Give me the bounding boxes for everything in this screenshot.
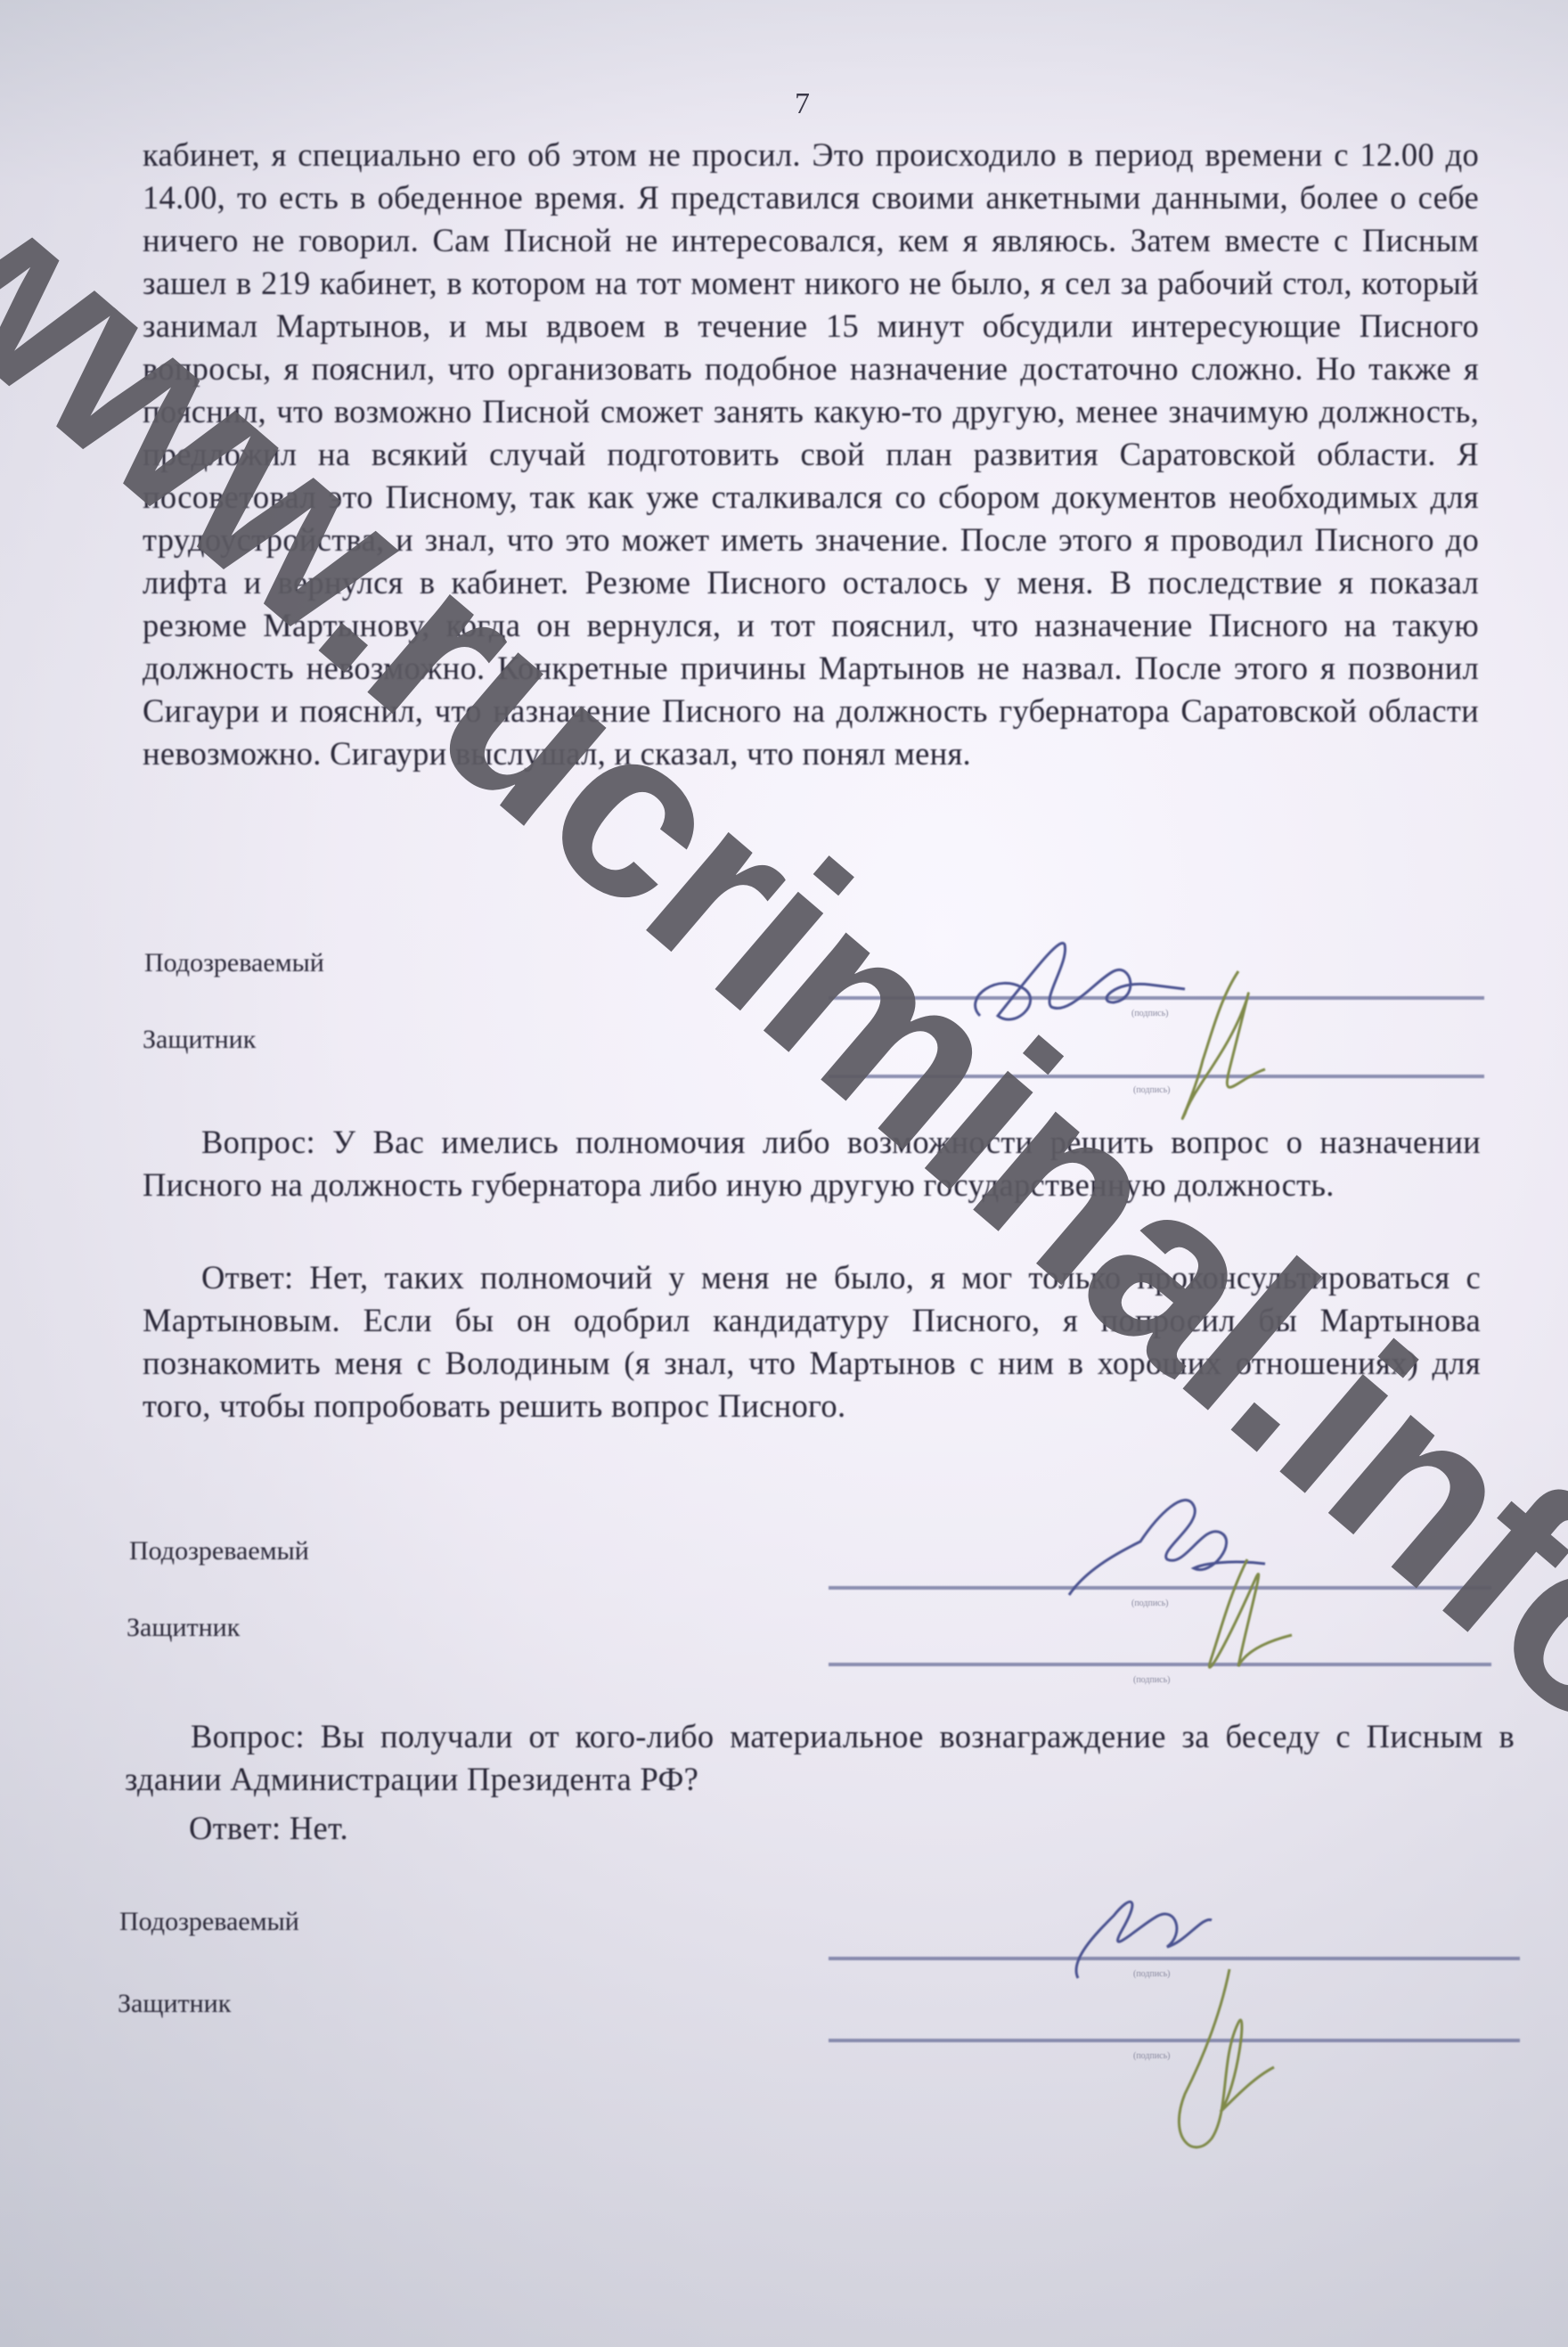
defender-label: Защитник <box>118 1989 231 2019</box>
defender-label: Защитник <box>127 1613 240 1643</box>
document-page: 7 кабинет, я специально его об этом не п… <box>0 0 1568 2347</box>
answer-paragraph: Ответ: Нет, таких полномочий у меня не б… <box>143 1256 1481 1427</box>
page-number: 7 <box>795 87 810 121</box>
answer-paragraph: Ответ: Нет. <box>189 1807 723 1850</box>
suspect-label: Подозреваемый <box>144 948 324 978</box>
testimony-paragraph: кабинет, я специально его об этом не про… <box>143 134 1479 775</box>
question-paragraph: Вопрос: У Вас имелись полномочия либо во… <box>143 1121 1481 1206</box>
suspect-label: Подозреваемый <box>129 1536 309 1566</box>
suspect-label: Подозреваемый <box>119 1907 299 1937</box>
question-paragraph: Вопрос: Вы получали от кого-либо материа… <box>125 1715 1515 1801</box>
defender-signature-icon <box>1140 1550 1319 1693</box>
defender-signature-icon <box>1123 962 1301 1141</box>
defender-signature-icon <box>1131 1960 1292 2165</box>
defender-label: Защитник <box>143 1025 256 1055</box>
